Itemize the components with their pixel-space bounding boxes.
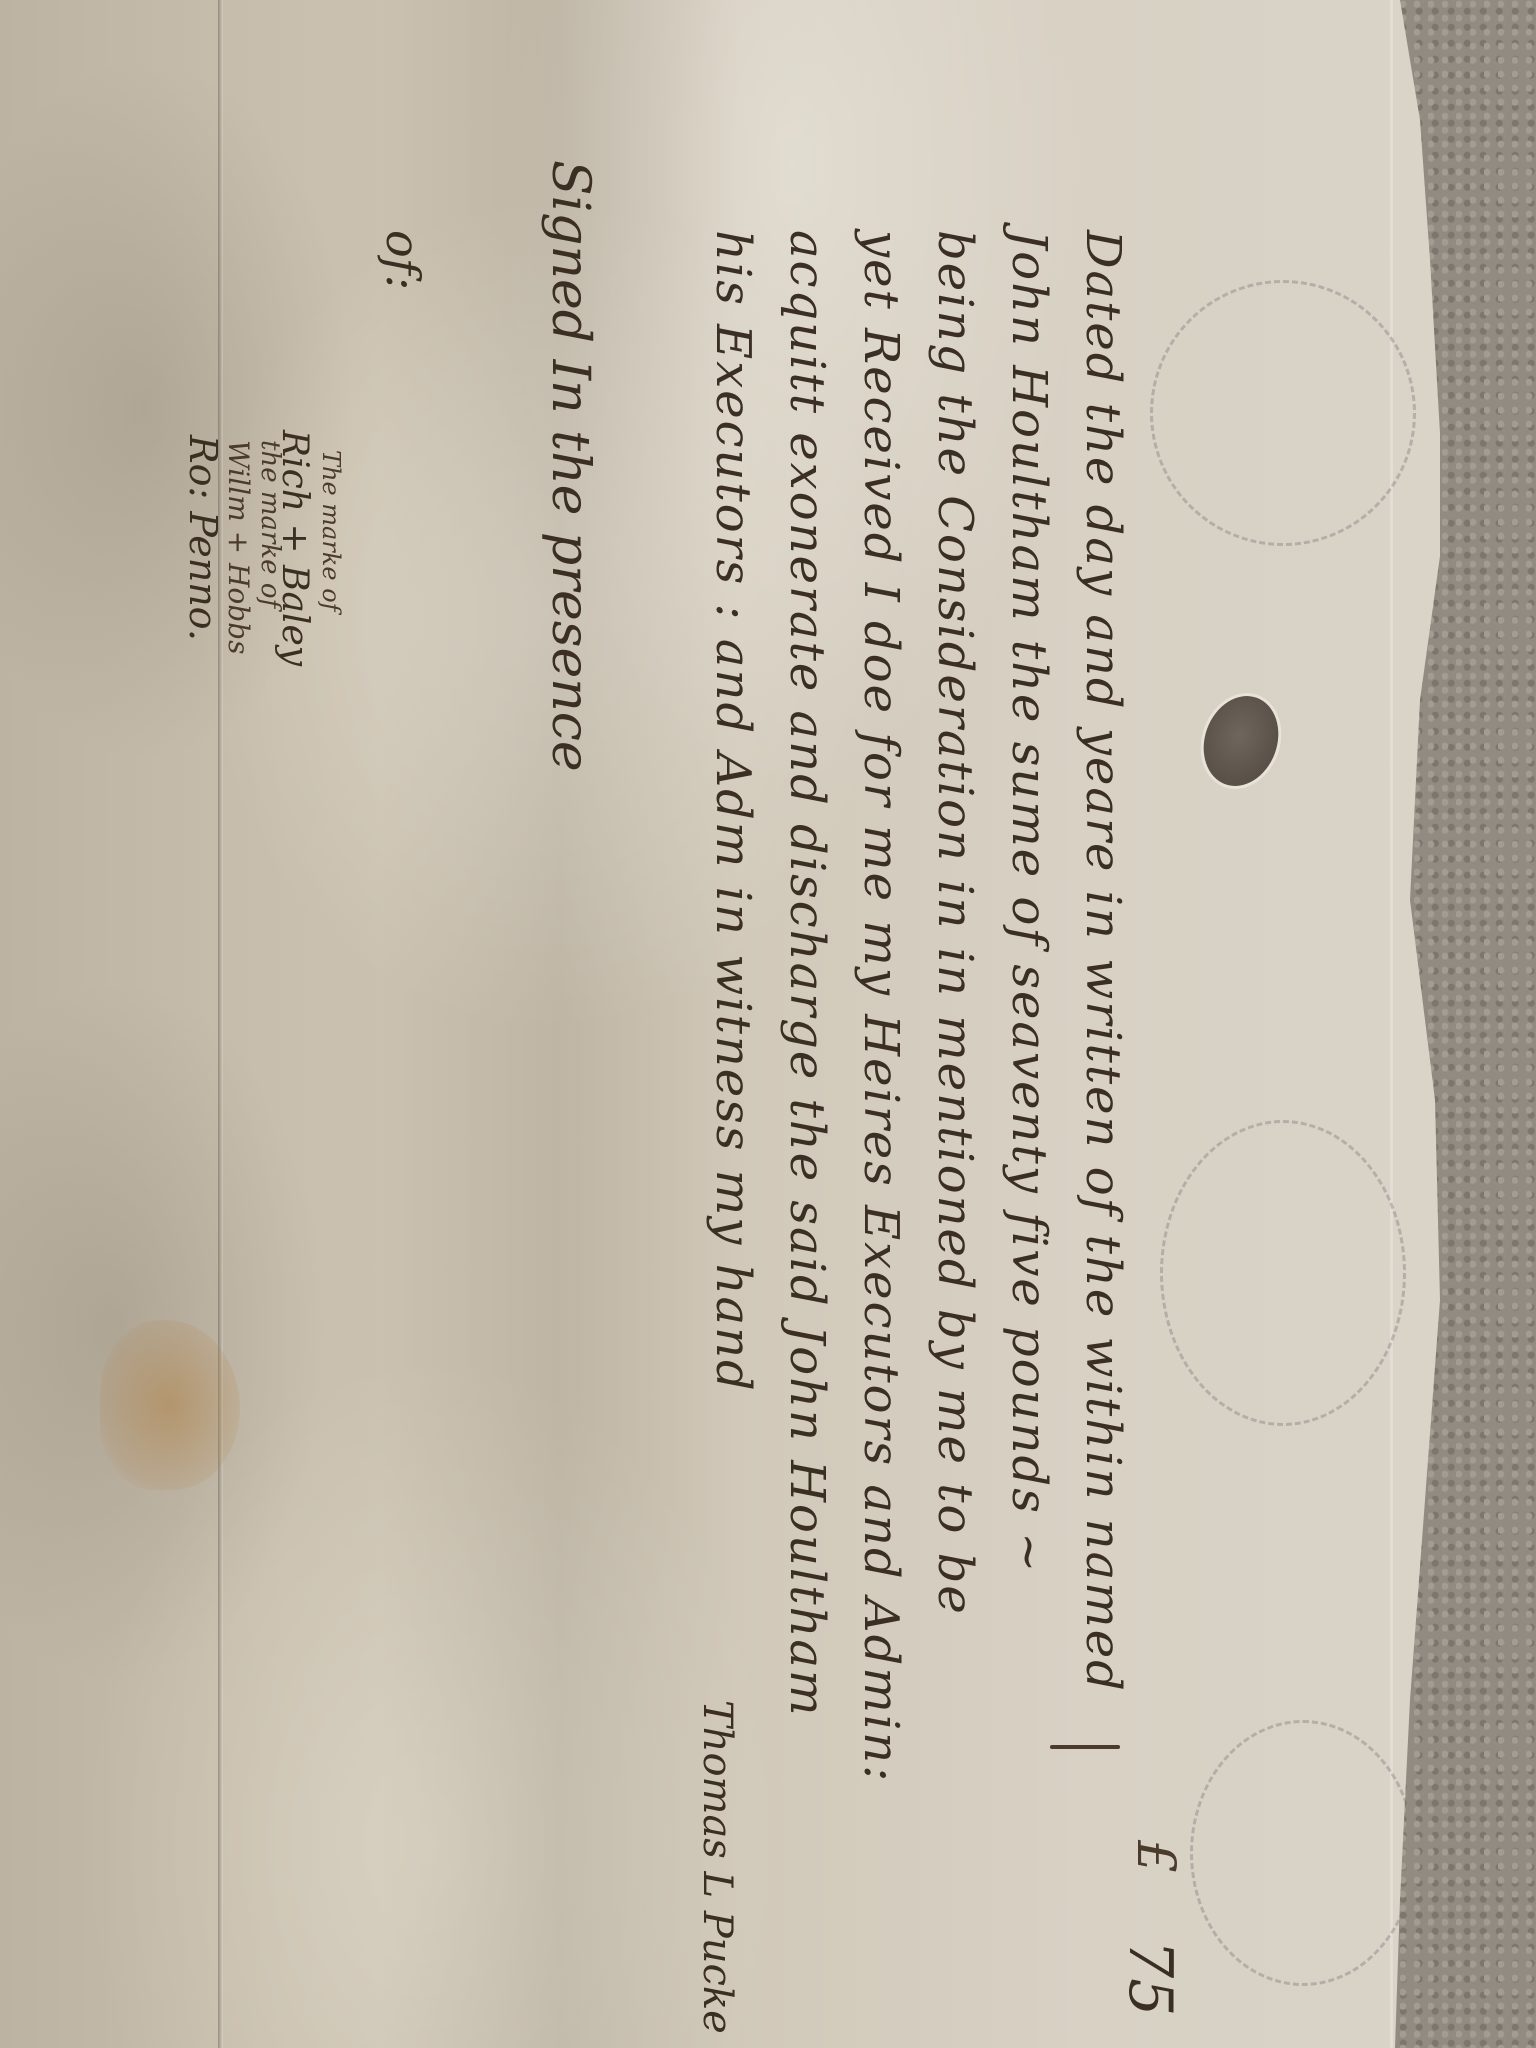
amount-margin: 75	[1115, 1940, 1185, 2016]
body-line: John Houltham the sume of seaventy five …	[992, 230, 1066, 1830]
ink-offset-smudge	[1150, 280, 1416, 546]
closing-of: of:	[376, 230, 430, 290]
body-line: his Executors : and Adm in witness my ha…	[696, 230, 770, 1830]
witness-line: The marke of	[317, 450, 345, 612]
body-line: being the Consideration in in mentioned …	[918, 230, 992, 1830]
ink-offset-smudge	[1190, 1720, 1416, 1986]
witness-line: Willm + Hobbs	[222, 440, 255, 654]
body-line: yet Received I doe for me my Heires Exec…	[844, 230, 918, 1830]
ink-offset-smudge	[1160, 1120, 1406, 1426]
paper-edge	[1390, 0, 1393, 2048]
signed-in-presence: Signed In the presence	[540, 160, 600, 772]
body-line: acquitt exonerate and discharge the said…	[770, 230, 844, 1830]
fold-crease	[218, 0, 223, 2048]
bracket-mark	[1050, 1745, 1120, 1749]
document-body: Dated the day and yeare in written of th…	[696, 230, 1140, 1830]
punched-hole	[1191, 685, 1290, 796]
body-line: Dated the day and yeare in written of th…	[1066, 230, 1140, 1830]
pound-symbol: £	[1125, 1840, 1185, 1873]
witness-line: the marke of	[255, 440, 285, 608]
signer-signature: Thomas L Pucke	[694, 1700, 740, 2034]
witness-line: Ro: Penno.	[181, 435, 225, 641]
